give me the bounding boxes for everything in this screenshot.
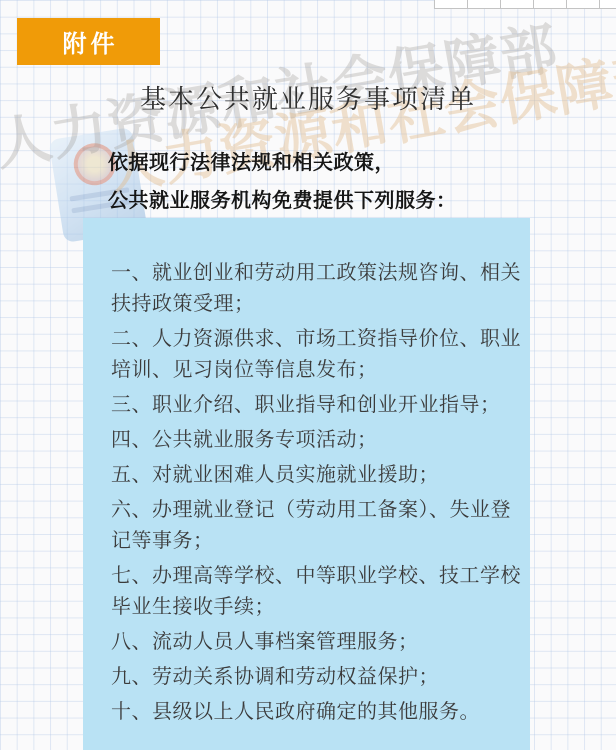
list-item: 七、办理高等学校、中等职业学校、技工学校 毕业生接收手续；: [111, 561, 515, 623]
list-item: 九、劳动关系协调和劳动权益保护；: [111, 662, 515, 693]
list-item-line: 一、就业创业和劳动用工政策法规咨询、相关: [111, 258, 515, 289]
service-list-panel: 一、就业创业和劳动用工政策法规咨询、相关 扶持政策受理； 二、人力资源供求、市场…: [83, 218, 530, 750]
list-item: 十、县级以上人民政府确定的其他服务。: [111, 697, 515, 728]
list-item: 一、就业创业和劳动用工政策法规咨询、相关 扶持政策受理；: [111, 258, 515, 320]
list-item-line: 毕业生接收手续；: [111, 592, 515, 623]
attachment-badge: 附件: [17, 18, 160, 65]
list-item: 六、办理就业登记（劳动用工备案）、失业登 记等事务；: [111, 495, 515, 557]
list-item-line: 七、办理高等学校、中等职业学校、技工学校: [111, 561, 515, 592]
list-item: 八、流动人员人事档案管理服务；: [111, 627, 515, 658]
list-item-line: 九、劳动关系协调和劳动权益保护；: [111, 662, 515, 693]
list-item-line: 十、县级以上人民政府确定的其他服务。: [111, 697, 515, 728]
cropped-table-fragment: [434, 0, 616, 9]
intro-line-2: 公共就业服务机构免费提供下列服务：: [108, 182, 457, 220]
list-item-line: 二、人力资源供求、市场工资指导价位、职业: [111, 324, 515, 355]
list-item-line: 五、对就业困难人员实施就业援助；: [111, 460, 515, 491]
list-item: 四、公共就业服务专项活动；: [111, 425, 515, 456]
list-item-line: 三、职业介绍、职业指导和创业开业指导；: [111, 390, 515, 421]
list-item-line: 培训、见习岗位等信息发布；: [111, 355, 515, 386]
list-item: 三、职业介绍、职业指导和创业开业指导；: [111, 390, 515, 421]
list-item-line: 四、公共就业服务专项活动；: [111, 425, 515, 456]
intro-text: 依据现行法律法规和相关政策， 公共就业服务机构免费提供下列服务：: [108, 144, 457, 220]
list-item: 二、人力资源供求、市场工资指导价位、职业 培训、见习岗位等信息发布；: [111, 324, 515, 386]
list-item-line: 扶持政策受理；: [111, 289, 515, 320]
list-item-line: 记等事务；: [111, 526, 515, 557]
notice-page: 人力资源和社会保障部 人力资源和社会保障部 附件 基本公共就业服务事项清单 依据…: [0, 0, 616, 750]
list-item: 五、对就业困难人员实施就业援助；: [111, 460, 515, 491]
intro-line-1: 依据现行法律法规和相关政策，: [108, 144, 457, 182]
list-item-line: 六、办理就业登记（劳动用工备案）、失业登: [111, 495, 515, 526]
list-item-line: 八、流动人员人事档案管理服务；: [111, 627, 515, 658]
page-title: 基本公共就业服务事项清单: [0, 79, 616, 116]
